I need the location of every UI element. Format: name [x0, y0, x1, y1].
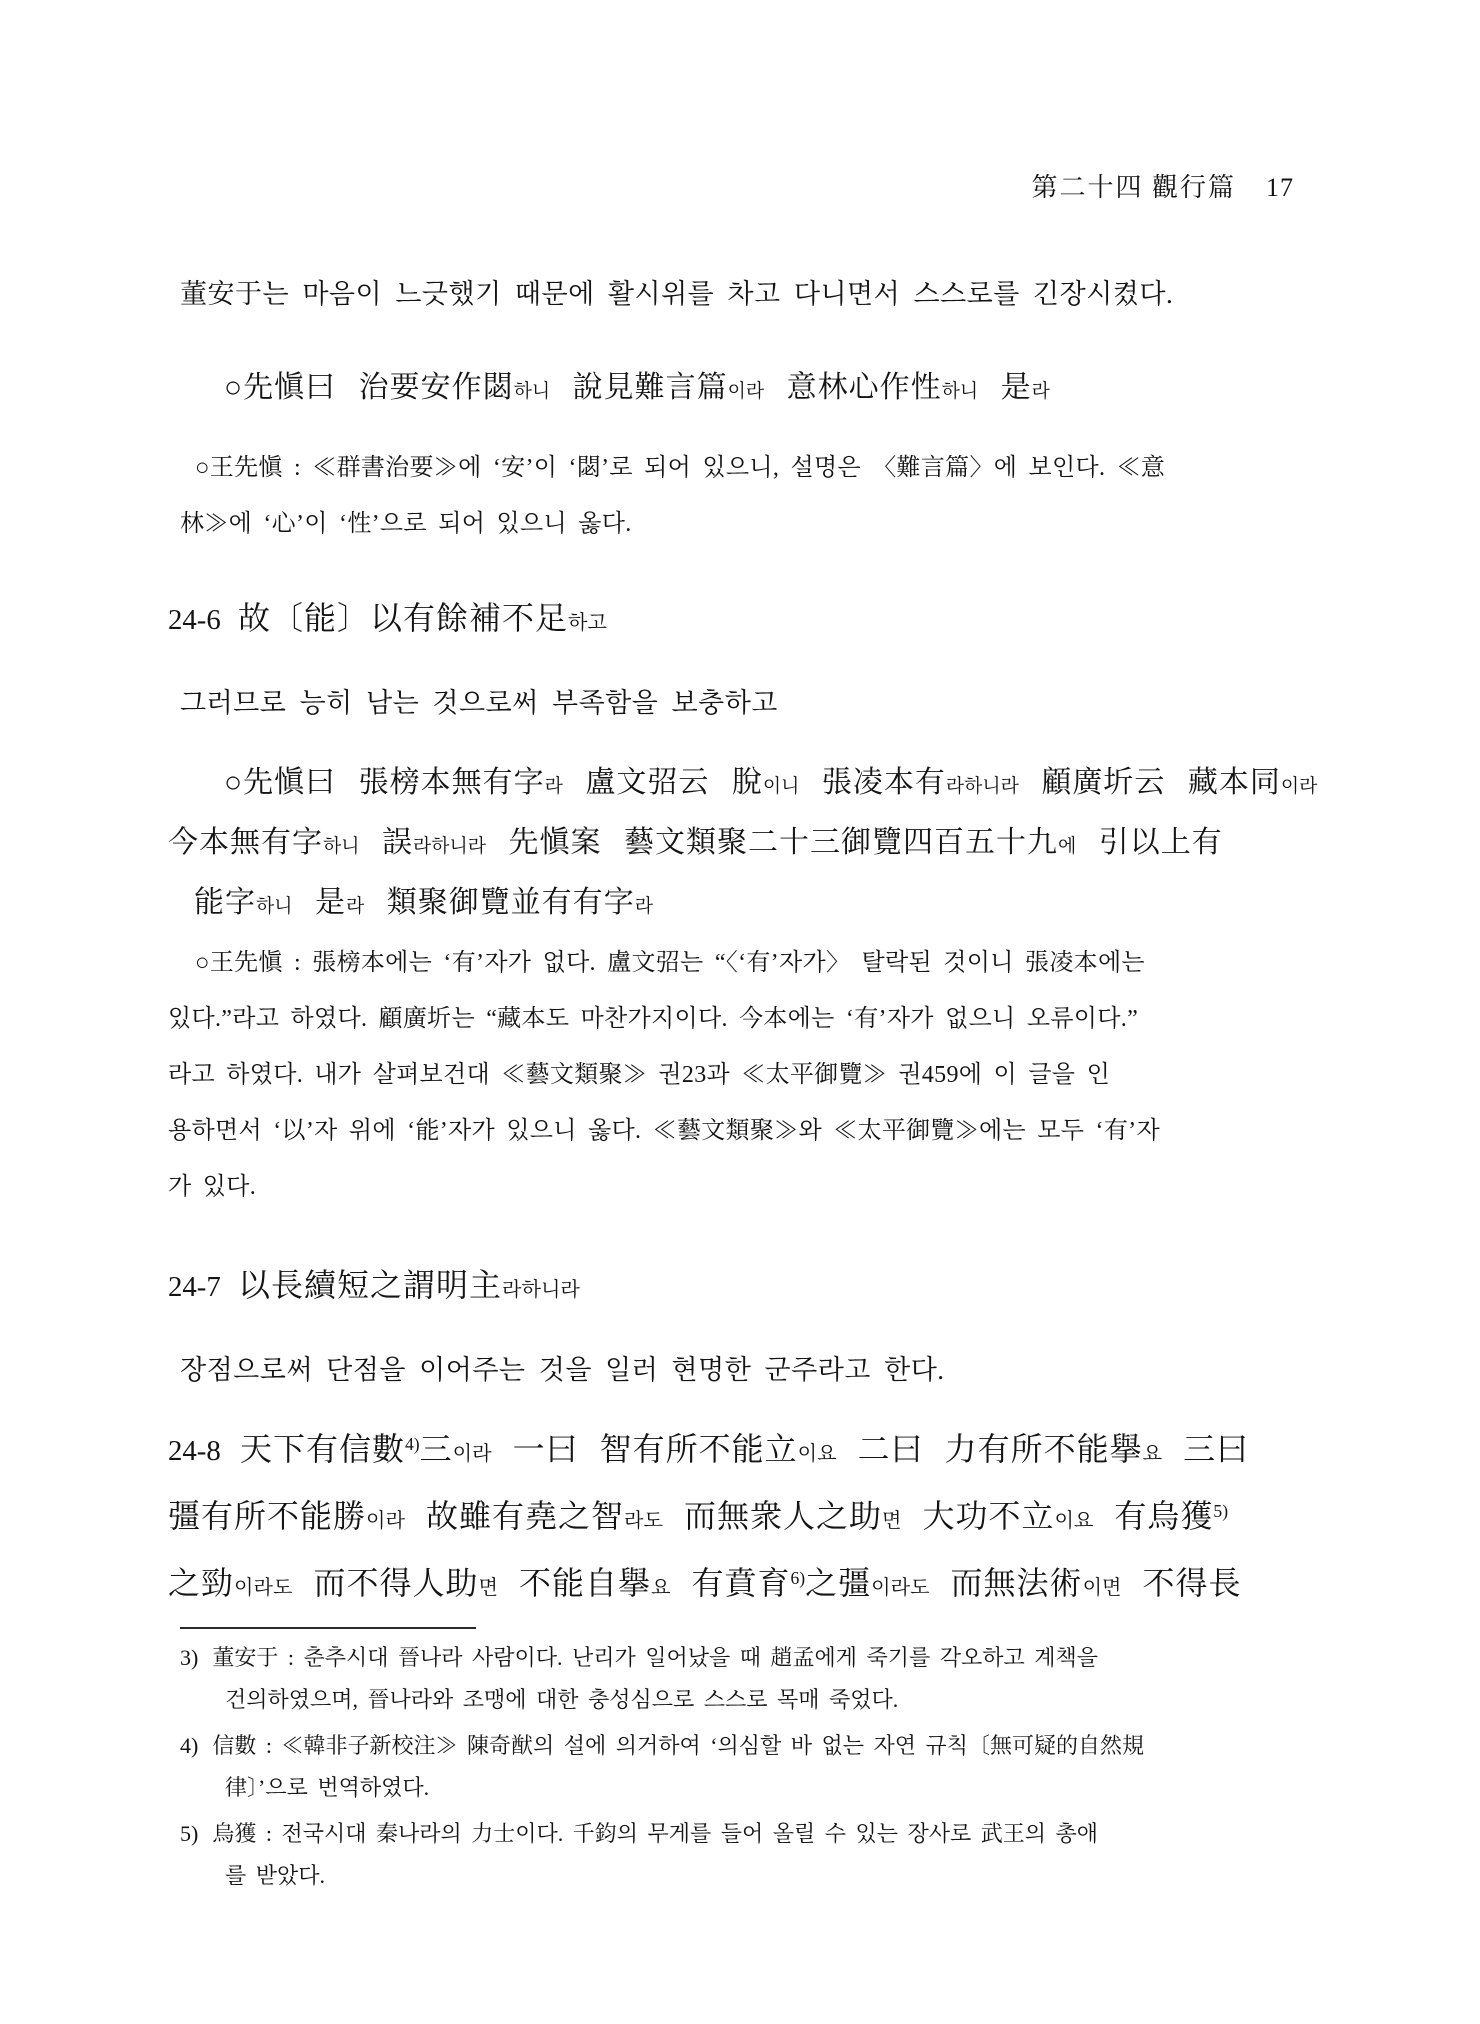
footnote-line: 건의하였으며, 晉나라와 조맹에 대한 충성심으로 스스로 목매 죽었다.: [168, 1679, 1310, 1721]
footnote-line: 를 받았다.: [168, 1855, 1310, 1897]
footnote-separator: [180, 1627, 476, 1629]
commentary-ko-line: ○王先愼 : 張榜本에는 ‘有’자가 없다. 盧文弨는 “〈‘有’자가〉 탈락된…: [168, 935, 1310, 991]
footnote-number: 3): [180, 1645, 198, 1670]
page-content: 董安于는 마음이 느긋했기 때문에 활시위를 차고 다니면서 스스로를 긴장시켰…: [0, 276, 1480, 1897]
footnote-number: 5): [180, 1821, 198, 1846]
translation-dong-anyu: 董安于는 마음이 느긋했기 때문에 활시위를 차고 다니면서 스스로를 긴장시켰…: [168, 276, 1310, 312]
footnote-4: 4)信數 : ≪韓非子新校注≫ 陳奇猷의 설에 의거하여 ‘의심할 바 없는 자…: [168, 1725, 1310, 1809]
footnote-5: 5)烏獲 : 전국시대 秦나라의 力士이다. 千鈞의 무게를 들어 올릴 수 있…: [168, 1813, 1310, 1897]
footnote-number: 4): [180, 1733, 198, 1758]
passage-line: 彊有所不能勝이라 故雖有堯之智라도 而無衆人之助면 大功不立이요 有烏獲5): [168, 1485, 1310, 1552]
section-24-6-commentary-ko: ○王先愼 : 張榜本에는 ‘有’자가 없다. 盧文弨는 “〈‘有’자가〉 탈락된…: [168, 935, 1310, 1215]
section-24-8-passage: 24-8 天下有信數4)三이라 一曰 智有所不能立이요 二曰 力有所不能擧요 三…: [168, 1418, 1310, 1619]
footnote-line: 5)烏獲 : 전국시대 秦나라의 力士이다. 千鈞의 무게를 들어 올릴 수 있…: [168, 1813, 1310, 1855]
commentary-cn-1: ○先愼曰 治要安作閟하니 說見難言篇이라 意林心作性하니 是라: [168, 364, 1310, 416]
section-24-7-heading: 24-7 以長續短之謂明主라하니라: [168, 1263, 1310, 1312]
commentary-cn-line: ○先愼曰 張榜本無有字라 盧文弨云 脫이니 張凌本有라하니라 顧廣圻云 藏本同이…: [168, 755, 1310, 815]
book-page: 第二十四 觀行篇17 董安于는 마음이 느긋했기 때문에 활시위를 차고 다니면…: [0, 0, 1480, 2024]
chapter-title: 第二十四 觀行篇: [1031, 173, 1236, 202]
section-24-6-commentary-cn: ○先愼曰 張榜本無有字라 盧文弨云 脫이니 張凌本有라하니라 顧廣圻云 藏本同이…: [168, 755, 1310, 935]
commentary-ko-line: 용하면서 ‘以’자 위에 ‘能’자가 있으니 옳다. ≪藝文類聚≫와 ≪太平御覽…: [168, 1103, 1310, 1159]
commentary-ko-line: 가 있다.: [168, 1159, 1310, 1215]
section-24-6-translation: 그러므로 능히 남는 것으로써 부족함을 보충하고: [168, 685, 1310, 721]
footnote-line: 4)信數 : ≪韓非子新校注≫ 陳奇猷의 설에 의거하여 ‘의심할 바 없는 자…: [168, 1725, 1310, 1767]
footnote-line: 3)董安于 : 춘추시대 晉나라 사람이다. 난리가 일어났을 때 趙孟에게 죽…: [168, 1637, 1310, 1679]
commentary-cn-line: 能字하니 是라 類聚御覽並有有字라: [168, 875, 1310, 935]
commentary-cn-line: 今本無有字하니 誤라하니라 先愼案 藝文類聚二十三御覽四百五十九에 引以上有: [168, 815, 1310, 875]
passage-line: 之勁이라도 而不得人助면 不能自擧요 有賁育6)之彊이라도 而無法術이면 不得長: [168, 1552, 1310, 1619]
commentary-ko-line: 있다.”라고 하였다. 顧廣圻는 “藏本도 마찬가지이다. 今本에는 ‘有’자가…: [168, 991, 1310, 1047]
footnote-text: 烏獲 : 전국시대 秦나라의 力士이다. 千鈞의 무게를 들어 올릴 수 있는 …: [212, 1821, 1098, 1846]
footnotes: 3)董安于 : 춘추시대 晉나라 사람이다. 난리가 일어났을 때 趙孟에게 죽…: [168, 1637, 1310, 1897]
footnote-text: 信數 : ≪韓非子新校注≫ 陳奇猷의 설에 의거하여 ‘의심할 바 없는 자연 …: [212, 1733, 1144, 1758]
section-24-7-translation: 장점으로써 단점을 이어주는 것을 일러 현명한 군주라고 한다.: [168, 1352, 1310, 1388]
passage-line: 24-8 天下有信數4)三이라 一曰 智有所不能立이요 二曰 力有所不能擧요 三…: [168, 1418, 1310, 1485]
footnote-text: 董安于 : 춘추시대 晉나라 사람이다. 난리가 일어났을 때 趙孟에게 죽기를…: [212, 1645, 1098, 1670]
commentary-ko-1-line: 林≫에 ‘心’이 ‘性’으로 되어 있으니 옳다.: [168, 496, 1310, 552]
page-header: 第二十四 觀行篇17: [0, 0, 1480, 204]
commentary-ko-1-line: ○王先愼 : ≪群書治要≫에 ‘安’이 ‘閟’로 되어 있으니, 설명은 〈難言…: [168, 440, 1310, 496]
section-24-6-heading: 24-6 故〔能〕以有餘補不足하고: [168, 596, 1310, 645]
footnote-line: 律〕’으로 번역하였다.: [168, 1767, 1310, 1809]
commentary-ko-1: ○王先愼 : ≪群書治要≫에 ‘安’이 ‘閟’로 되어 있으니, 설명은 〈難言…: [168, 440, 1310, 552]
footnote-3: 3)董安于 : 춘추시대 晉나라 사람이다. 난리가 일어났을 때 趙孟에게 죽…: [168, 1637, 1310, 1721]
commentary-ko-line: 라고 하였다. 내가 살펴보건대 ≪藝文類聚≫ 권23과 ≪太平御覽≫ 권459…: [168, 1047, 1310, 1103]
page-number: 17: [1266, 173, 1294, 202]
